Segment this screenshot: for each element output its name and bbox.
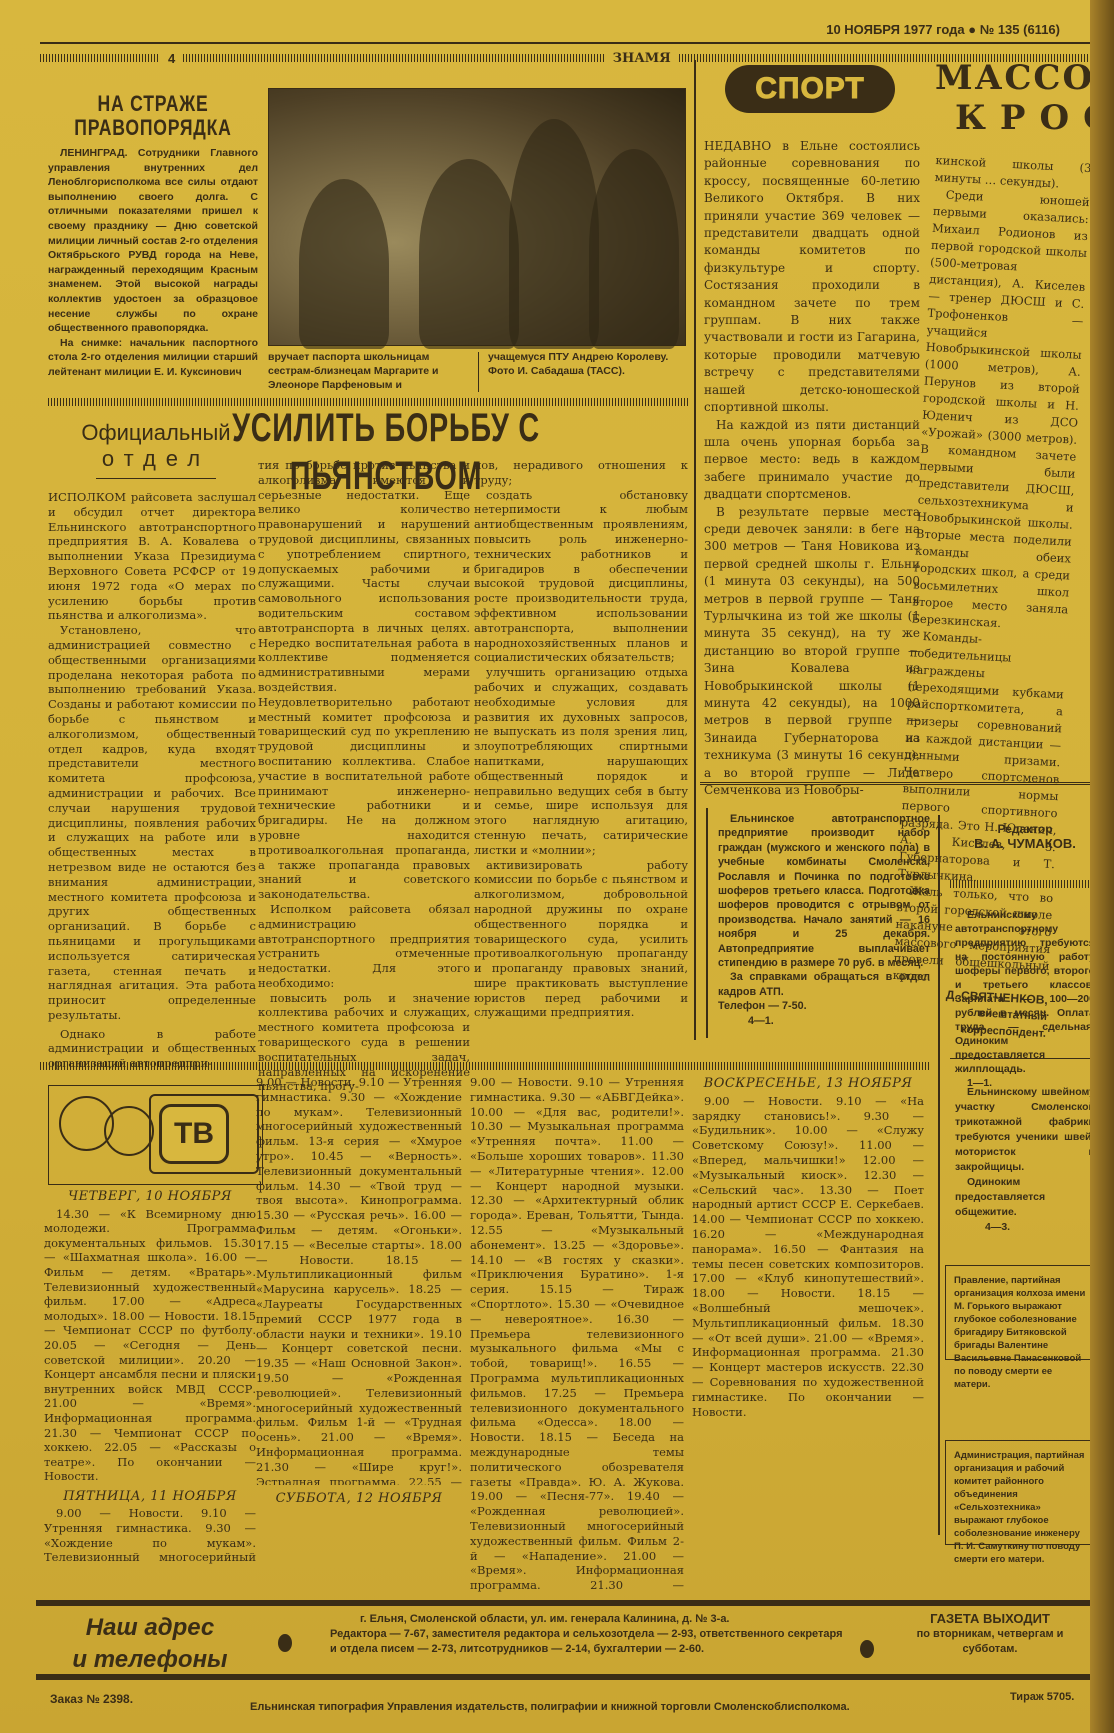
drivers-wanted-ad: Ельнинскому автотранспортному предприяти… bbox=[955, 908, 1095, 1090]
police-article: НА СТРАЖЕ ПРАВОПОРЯДКА ЛЕНИНГРАД. Сотруд… bbox=[48, 92, 258, 380]
hatch-rule bbox=[950, 880, 1095, 888]
tv-day-title: ПЯТНИЦА, 11 НОЯБРЯ bbox=[44, 1490, 256, 1505]
police-title: НА СТРАЖЕ ПРАВОПОРЯДКА bbox=[69, 92, 237, 140]
tv-screen-icon: ТВ bbox=[159, 1104, 229, 1164]
condolence-1: Правление, партийная организация колхоза… bbox=[945, 1265, 1095, 1360]
hatch-rule bbox=[183, 54, 604, 62]
rule bbox=[700, 782, 1095, 788]
tv-day-title: ЧЕТВЕРГ, 10 НОЯБРЯ bbox=[44, 1190, 256, 1205]
atp-recruit-ad: Ельнинское автотранспортное предприятие … bbox=[718, 812, 930, 1028]
tv-day-title: СУББОТА, 12 НОЯБРЯ bbox=[256, 1492, 462, 1507]
sport-headline: МАССОВЫЙ КРОСС bbox=[935, 58, 1105, 138]
rule bbox=[950, 1058, 1095, 1059]
tv-day-title: ВОСКРЕСЕНЬЕ, 13 НОЯБРЯ bbox=[692, 1077, 924, 1092]
bullet-icon bbox=[860, 1640, 874, 1658]
photo-caption-2: вручает паспорта школьницам сестрам-близ… bbox=[268, 350, 468, 392]
page-number: 4 bbox=[168, 51, 175, 66]
tv-col-4: ВОСКРЕСЕНЬЕ, 13 НОЯБРЯ 9.00 — Новости. 9… bbox=[692, 1075, 924, 1595]
divider bbox=[706, 808, 708, 1038]
photo-caption: На снимке: начальник паспортного стола 2… bbox=[48, 336, 258, 380]
bullet-icon bbox=[278, 1634, 292, 1652]
page-edge bbox=[1090, 0, 1114, 1733]
address-title: Наш адрес и телефоны bbox=[50, 1612, 250, 1676]
address-text: г. Ельня, Смоленской области, ул. им. ге… bbox=[330, 1612, 850, 1657]
photo-credit: Фото И. Сабадаша (ТАСС). bbox=[488, 364, 688, 378]
condolence-2: Администрация, партийная организация и р… bbox=[945, 1440, 1095, 1545]
drinking-col-3: лов, нерадивого отношения к труду; созда… bbox=[474, 458, 688, 1020]
sewing-wanted-ad: Ельнинскому швейному участку Смоленской … bbox=[955, 1085, 1095, 1235]
photo-caption-3: учащемуся ПТУ Андрею Королеву. Фото И. С… bbox=[488, 350, 688, 378]
ad-phone: Телефон — 7-50. bbox=[718, 999, 930, 1013]
issue-date: 10 НОЯБРЯ 1977 года ● № 135 (6116) bbox=[826, 22, 1060, 37]
tv-col-3: 9.00 — Новости. 9.10 — Утренняя гимнасти… bbox=[470, 1075, 684, 1595]
sport-badge: СПОРТ bbox=[725, 65, 895, 113]
tv-col-2-bottom: СУББОТА, 12 НОЯБРЯ bbox=[256, 1490, 462, 1509]
order-number: Заказ № 2398. bbox=[50, 1692, 210, 1707]
publication-schedule: ГАЗЕТА ВЫХОДИТ по вторникам, четвергам и… bbox=[900, 1612, 1080, 1656]
tv-col-2: 9.00 — Новости. 9.10 — Утренняя гимнасти… bbox=[256, 1075, 462, 1485]
viewer-head-icon bbox=[104, 1106, 154, 1156]
divider bbox=[478, 352, 479, 392]
newspaper-name: ЗНАМЯ bbox=[613, 51, 671, 66]
printer-info: Ельнинская типография Управления издател… bbox=[250, 1700, 950, 1715]
divider bbox=[938, 815, 940, 1535]
tv-col-1: ЧЕТВЕРГ, 10 НОЯБРЯ 14.30 — «К Всемирному… bbox=[44, 1188, 256, 1566]
sport-col-1: НЕДАВНО в Ельне состоялись районные соре… bbox=[704, 138, 920, 799]
column-divider bbox=[694, 60, 696, 1040]
drinking-col-2: тия по борьбе против пьянства и алкоголи… bbox=[258, 458, 470, 1094]
hatch-rule bbox=[40, 54, 160, 62]
news-photo bbox=[268, 88, 686, 346]
editor-block: Редактор В. А. ЧУМАКОВ. bbox=[955, 822, 1095, 852]
drinking-col-1: ИСПОЛКОМ райсовета заслушал и обсудил от… bbox=[48, 490, 256, 1071]
hatch-rule bbox=[40, 1062, 930, 1070]
tv-logo: ТВ bbox=[48, 1085, 263, 1185]
circulation: Тираж 5705. bbox=[1010, 1690, 1090, 1705]
newspaper-page: 4 ЗНАМЯ 10 НОЯБРЯ 1977 года ● № 135 (611… bbox=[0, 0, 1114, 1733]
police-body: ЛЕНИНГРАД. Сотрудники Главного управлени… bbox=[48, 146, 258, 336]
